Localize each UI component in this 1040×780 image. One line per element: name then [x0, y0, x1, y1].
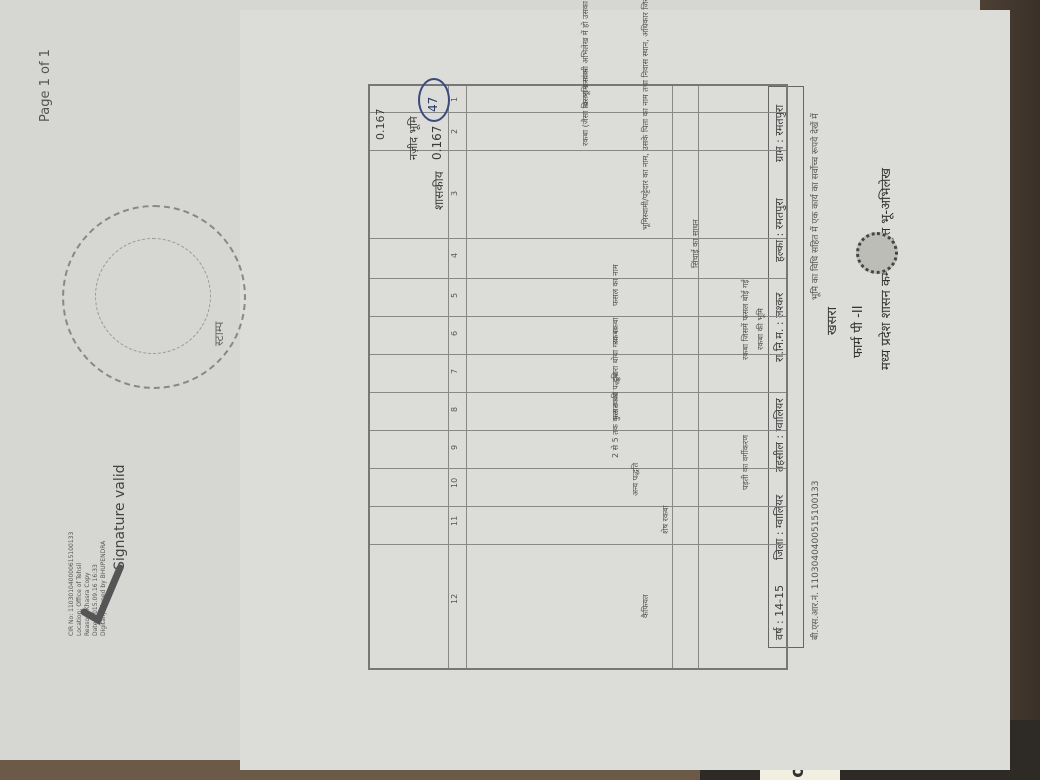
header-remarks: कैफियत: [640, 594, 651, 618]
col-num-3: 3: [450, 191, 459, 196]
signature-status: Signature valid: [112, 464, 128, 570]
owner-value: शासकीय: [430, 171, 447, 210]
header-area: रकबा (जैसा कि भूमि स्वामी अभिलेख में हो …: [580, 0, 591, 146]
header-total-area: 2 से 5 तक कुल रकबा: [610, 391, 621, 458]
group-land-details: रकबा की भूमि: [755, 308, 766, 350]
col-num-10: 10: [450, 478, 459, 488]
land-type-value: नज़ीद भूमि: [406, 116, 421, 160]
signature-detail-5: CIR No: 110301040000615100133: [68, 532, 75, 636]
emblem-icon: [856, 232, 898, 274]
form-name: फार्म पी -II: [848, 305, 866, 358]
col-num-11: 11: [450, 516, 459, 526]
khasra-number: 47: [426, 97, 440, 112]
header-note: भूमि का विधि सहित में एक कार्य का सर्वोच…: [808, 113, 821, 300]
col-num-1: 1: [450, 97, 459, 102]
header-other-method: अन्य पद्धति: [630, 463, 641, 496]
header-crop-name: फसल का नाम: [610, 264, 621, 306]
group-crop-area: रकबा जिसमें फसल बोई गई: [740, 280, 751, 360]
stamp-text: स्टाम्प: [210, 322, 227, 346]
record-id: बी.एस.आर.नं. 1103040400515100133: [808, 480, 821, 640]
header-owner: भूमिस्वामी/पट्टेदार का नाम, उसके पिता का…: [640, 0, 651, 230]
document-title: खसरा: [822, 307, 840, 335]
col-num-8: 8: [450, 407, 459, 412]
office-stamp-inner: [95, 238, 211, 354]
header-remaining-area: शेष रकबा: [660, 505, 671, 534]
area-value: 0.167: [430, 126, 444, 160]
header-irrigation: सिंचाई का साधन: [690, 219, 701, 268]
page-number: Page 1 of 1: [38, 49, 53, 122]
col-num-9: 9: [450, 445, 459, 450]
area-repeat-value: 0.167: [374, 109, 387, 141]
col-num-4: 4: [450, 253, 459, 258]
checkmark-icon: [76, 560, 126, 630]
col-num-2: 2: [450, 129, 459, 134]
col-num-12: 12: [450, 594, 459, 604]
col-num-5: 5: [450, 293, 459, 298]
col-num-6: 6: [450, 331, 459, 336]
group-land-use: पड़ती का वर्गीकरण: [740, 435, 751, 490]
col-num-7: 7: [450, 369, 459, 374]
